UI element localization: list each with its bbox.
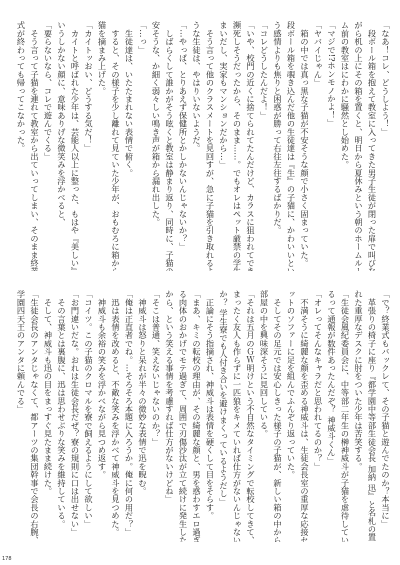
text-column: 瀕死しそうだったから、そのまま……。でもオレはペット厳禁の学生寮住: [230, 21, 244, 271]
text-column: 部屋の中を興味深そうに見回している。: [257, 290, 271, 542]
lower-text-section: 「で？終業式もバックレて、その子猫と遊んでたのか？本当に」 革張りの椅子に座り『…: [14, 290, 392, 542]
text-column: 「…やっぱ、とりあえず保健所とかしかないんじゃないか？」: [176, 21, 190, 271]
text-column: すると、その様子を少し離れて見ていた少年が、おもむろに箱から子: [109, 21, 123, 271]
text-column: 「要らないなら、コレで遊んでくる」: [41, 21, 55, 271]
text-column: 「いや、校門の近くに捨てられてたんだけど、カラスに狙われてでき: [244, 21, 258, 271]
text-column: まったく友人も作らずに一匹狼をキメていれば仕方がないんじゃない: [230, 290, 244, 542]
text-column: 「コイツ。この子猫のクロマルを寮で飼えるようにして欲しい」: [82, 290, 96, 542]
text-column: そしてその足元では安心しきった様子の子猫が、新しい箱の中から: [271, 290, 285, 542]
text-column: しばらくして誰かがそう呟くと教室は静まり返り、同時に、子猫の不: [163, 21, 177, 271]
text-column: 「マジで!?ホンモノかよ！」: [325, 21, 339, 271]
text-column: カイトと呼ばれた少年は、芸能人以上に整った、もはや『美しい』と: [68, 21, 82, 271]
text-column: ム前の教室はにわかに騒然とし始めた。: [338, 21, 352, 271]
text-column: 段ボール箱を抱えて教室に入ってきた男子生徒が閉った扉で叫びな: [365, 21, 379, 271]
text-column: 式が終わっても帰ってこなかった。: [14, 21, 28, 271]
text-column: る肉体のおかげでモテ過ぎて、周囲で刃傷沙汰が立て続けに発生した: [176, 290, 190, 542]
text-column: 「オレってそんなキャラだと思われてるのか？」: [311, 290, 325, 542]
text-column: 革張りの椅子に座り『都学園中等部生徒会長 加納 迅』と名札の置か: [365, 290, 379, 542]
text-column: ットのソファーに足を組んでふんぞり返っていた。: [284, 290, 298, 542]
text-column: 「そこは普通、笑えないじゃないのか？」: [149, 290, 163, 542]
text-column: うな生徒は、やはりいないようだ。: [190, 21, 204, 271]
text-column: 正論にそう指摘され、神威斗は表情を硬くして目をそらす。: [203, 290, 217, 542]
text-column: 「生徒会風紀委員会に、中等部二年生の榊神威斗が子猫を虐待してい: [338, 290, 352, 542]
text-column: 猫を摘まみ上げた。: [95, 21, 109, 271]
text-column: 学園四天王のアンタに頼んでる」: [14, 290, 28, 542]
text-column: 「で？終業式もバックレて、その子猫と遊んでたのか？本当に」: [379, 290, 393, 542]
page-number: 178: [2, 556, 12, 562]
text-column: 「カイトッおい、どうする気だ！」: [82, 21, 96, 271]
text-column: そう言って子猫を連れて教室から出ていってしまい、そのまま終業: [28, 21, 42, 271]
text-column: から、という笑える事情を考慮すれば仕方がないけどね」: [163, 290, 177, 542]
text-column: 神威斗は怒りと呆れが半々の微妙な表情で迅を睨む。: [136, 290, 150, 542]
text-column: 段ボール箱を覗き込んだ他の生徒達は『生』の子猫に、かわいいとい: [284, 21, 298, 271]
text-column: 安そうな、か細く弱々しい鳴き声が箱から漏れ出した。: [149, 21, 163, 271]
text-column: か？ 学生寮でも人付き合いを避けまくっているようだし」: [217, 290, 231, 542]
text-column: 「コレどうしたんだよ！」: [257, 21, 271, 271]
text-column: 「生徒会長のアンタじゃなくて、都アーツの集団幹事で会長の右腕、都: [28, 290, 42, 542]
text-column: 「お門違いだな。おれは生徒会長だぜ？寮の規則に口は出せない」: [68, 290, 82, 542]
text-column: 不満そうに綺麗な顔を歪める神威斗は、生徒会長室の重厚な応接セ: [298, 290, 312, 542]
text-column: う感情よりも焦りと困惑が勝って右往左往するばかりだ。: [271, 21, 285, 271]
text-column: そう言って他のクラスメートを見回すが、急に子猫を引き取れるよ: [203, 21, 217, 271]
upper-text-section: 「なあ！コレ、どうしよう！」 段ボール箱を抱えて教室に入ってきた男子生徒が閉った…: [14, 21, 392, 271]
text-column: 「…っ」: [136, 21, 150, 271]
text-column: るって通報が数件あったんだぞ？ 神威斗くん」: [325, 290, 339, 542]
text-column: れた重厚なデスクに肘をついた少年は苦笑する。: [352, 290, 366, 542]
text-column: 箱の中では真っ黒な子猫が不安そうな顔で小さく固まっていた。: [298, 21, 312, 271]
text-column: 生徒達は、いたたまれない表情で俯く。: [122, 21, 136, 271]
text-column: 「まあ、キミの転校の理由が、その綺麗な顔と、男を惑わすエロ過ぎ: [190, 290, 204, 542]
text-column: 迅は表情を改めると、不敵な笑みを浮かべて神威斗を見つめた。: [109, 290, 123, 542]
text-column: 神威斗も余裕の笑みを浮かべながら見つめ返す。: [95, 290, 109, 542]
text-column: 「ヤバイじゃん」: [311, 21, 325, 271]
text-column: 「俺は正直者でね。…そろそろ本題に入ろうか。俺に何の用だ？」: [122, 290, 136, 542]
text-column: そして、神威斗も迅の目をまっすぐ見たまま続けた。: [41, 290, 55, 542]
text-column: いうしかない顔に、意味ありげな微笑みを浮かべると、: [55, 21, 69, 271]
text-column: がら机の上にその箱を置くと、明日から夏休みという朝のホームルー: [352, 21, 366, 271]
text-column: その言葉とは裏腹に、迅は思わせぶりな笑みを維持している。: [55, 290, 69, 542]
text-column: まいだし、実家もマンションだから…」: [217, 21, 231, 271]
text-column: 「それは五月のＧＷ明けという不自然なタイミングで転校してきて、: [244, 290, 258, 542]
text-column: 「なあ！コレ、どうしよう！」: [379, 21, 393, 271]
